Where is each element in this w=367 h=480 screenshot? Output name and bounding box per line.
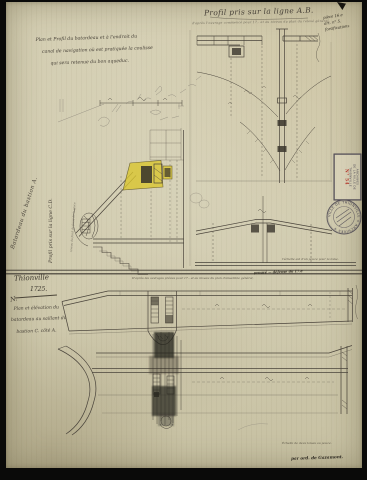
round-stamp-signature-scribble bbox=[336, 209, 351, 226]
archive-reference-note: pièce 16.e art. n° 5. fortifications bbox=[323, 11, 350, 33]
paragraph-line: batardeau au saillant du bbox=[11, 313, 67, 326]
mid-scale-note: l'échelle est d'un pouce pour la toise. bbox=[282, 257, 339, 261]
elevation-drawing bbox=[62, 285, 358, 345]
plan-drawing bbox=[58, 346, 352, 436]
round-archive-stamp: VILLE DE THIONVILLE ✳ ARCHIVES ✳ bbox=[327, 200, 361, 234]
paragraph-initial: N. bbox=[9, 294, 18, 303]
profile-ab-drawing bbox=[196, 29, 332, 183]
plan-center-ink-smudge bbox=[149, 332, 179, 426]
profile-cd-drawing bbox=[73, 98, 184, 275]
plan-scale-note: Échelle de deux toises au pouce. bbox=[282, 441, 332, 445]
lower-description-paragraph: Plan et élévation du batardeau au sailla… bbox=[13, 302, 67, 338]
scanned-drawing-page: VILLE DE THIONVILLE ✳ ARCHIVES ✳ Profil … bbox=[0, 0, 367, 480]
place-name: Thionville bbox=[14, 273, 49, 282]
rect-stamp-red-mark: N° 54 bbox=[343, 155, 348, 200]
left-description-paragraph: Plan et Profil du batardeau et à l'endro… bbox=[35, 31, 153, 71]
profile-mid-drawing bbox=[190, 193, 356, 265]
pencil-annotations bbox=[58, 76, 201, 126]
date-year: 1725. bbox=[30, 286, 47, 293]
drawing-linework: VILLE DE THIONVILLE ✳ ARCHIVES ✳ bbox=[0, 0, 367, 480]
lower-annotation: D'après les ouvrages prévus pour 17.. et… bbox=[132, 276, 253, 280]
rect-archive-stamp: ARCHIVES DE LA VILLE DE THIONVILLE N° 54 bbox=[334, 154, 362, 201]
profile-cd-label: Profil pris sur la ligne C.D. bbox=[49, 198, 54, 263]
paragraph-line: bastion C. côté A. bbox=[16, 325, 67, 338]
